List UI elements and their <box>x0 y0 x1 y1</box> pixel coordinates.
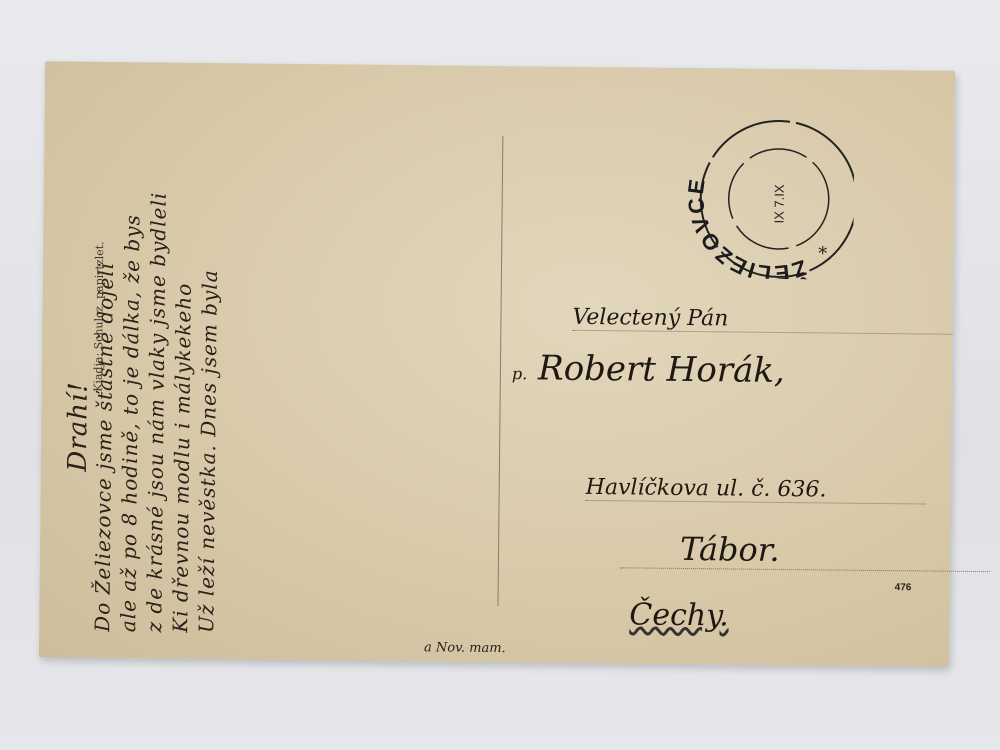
message-closing: a Nov. mam. <box>424 640 506 656</box>
handwritten-message: Drahí! Do Želiezovce jsme šťastně dojeli… <box>59 71 505 646</box>
svg-text:ŽELIEZOVCE: ŽELIEZOVCE <box>683 176 811 280</box>
address-salutation: Velectený Pán <box>572 305 952 335</box>
address-street: Havlíčkova ul. č. 636. <box>586 475 926 505</box>
postmark-town: ŽELIEZOVCE <box>683 176 811 280</box>
postcard: Drahí! Do Želiezovce jsme šťastně dojeli… <box>39 61 955 666</box>
publisher-imprint: Kiadja: Schulcz, papirtzlet. <box>92 241 107 392</box>
address-prefix: p. <box>512 364 528 383</box>
address-name: Robert Horák, <box>538 348 785 391</box>
address-city: Tábor. <box>620 529 990 572</box>
postmark-date: IX 7.IX <box>771 184 786 224</box>
address-country: Čechy. <box>629 597 729 633</box>
message-line: Už leží nevěstka. Dnes jsem byla <box>193 83 225 633</box>
postmark-stamp: ŽELIEZOVCE IX 7.IX * <box>683 108 855 280</box>
card-number: 476 <box>895 582 912 593</box>
postmark-star: * <box>818 243 827 264</box>
